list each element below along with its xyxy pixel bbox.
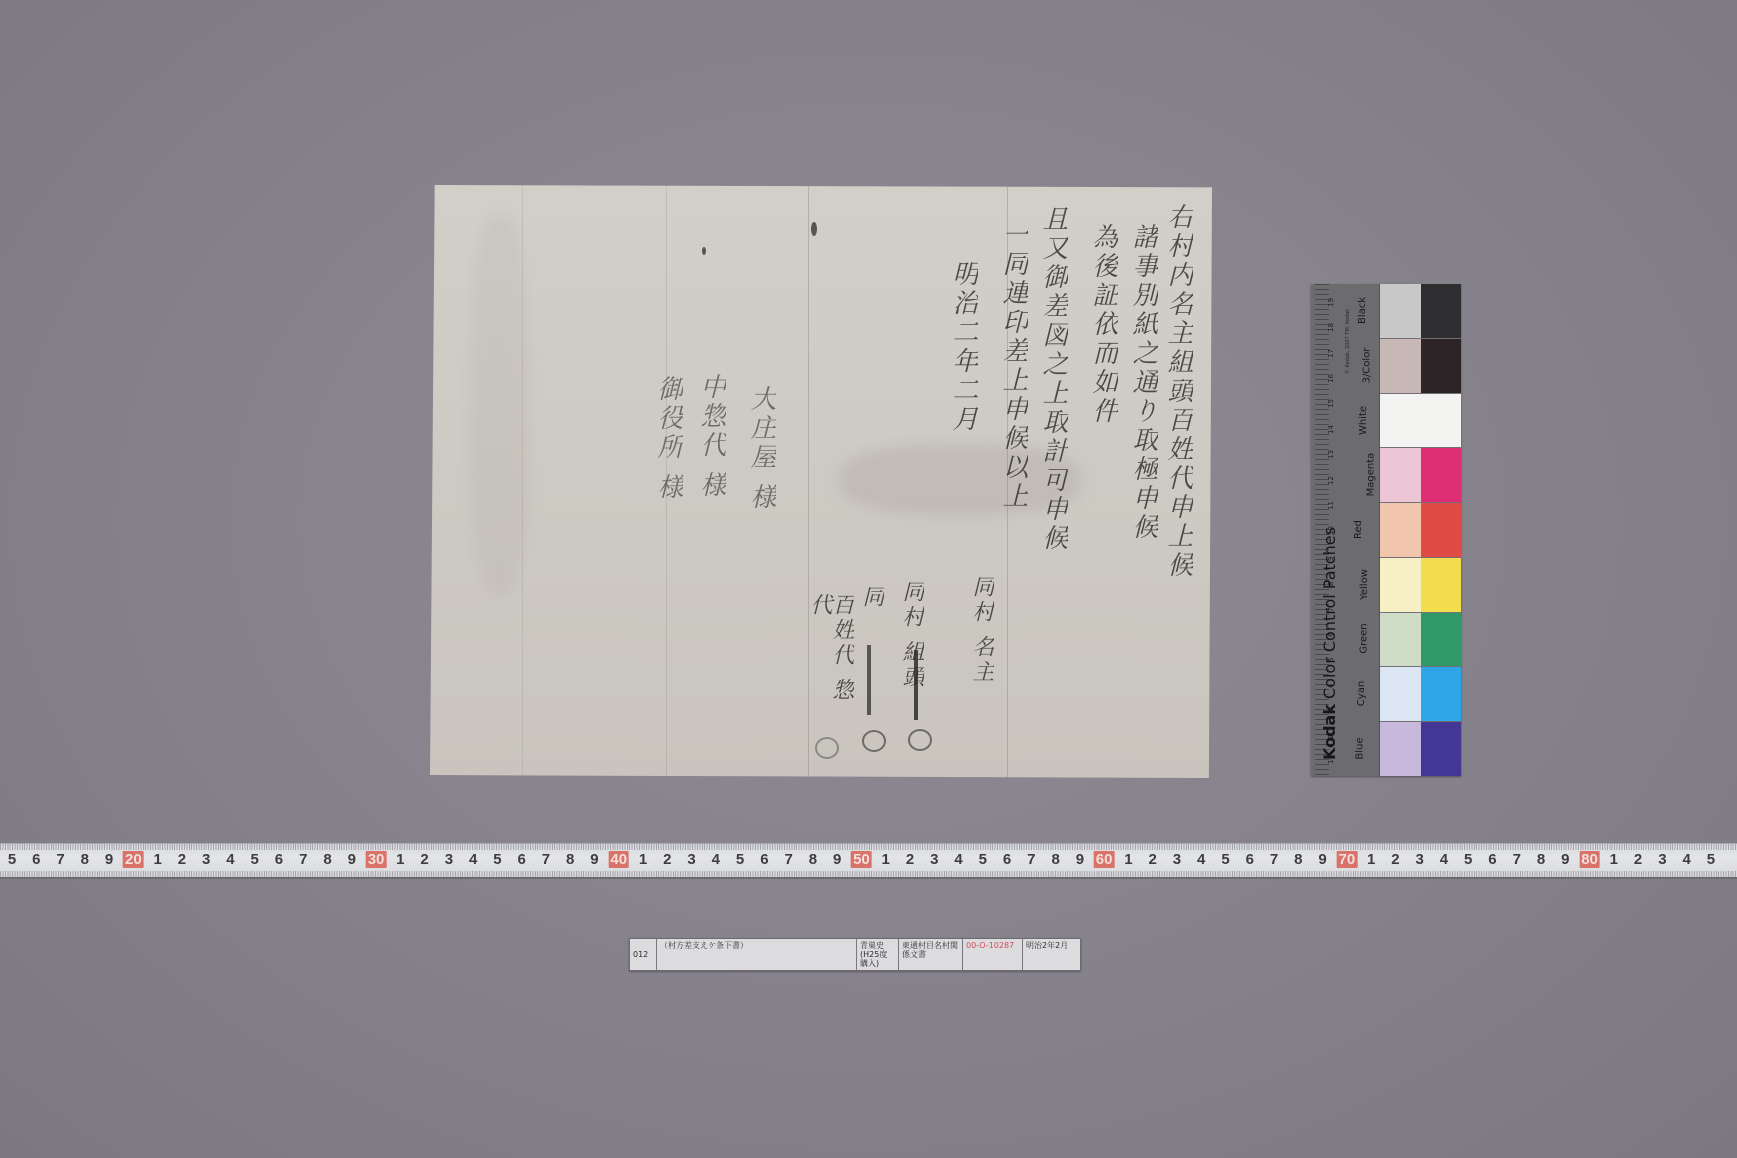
tape-mark: 3 xyxy=(1415,851,1423,868)
tape-mark: 6 xyxy=(1003,851,1011,868)
patch-light xyxy=(1380,722,1421,776)
tape-mark: 5 xyxy=(979,851,987,868)
patch-label: Magenta xyxy=(1365,453,1376,497)
catalog-date: 明治2年2月 xyxy=(1023,939,1080,970)
tape-mark: 1 xyxy=(639,851,647,868)
tape-ticks xyxy=(0,844,1737,850)
tape-mark: 7 xyxy=(1513,851,1521,868)
tape-mark: 2 xyxy=(1149,851,1157,868)
patch-light xyxy=(1380,284,1421,338)
patch-label: Green xyxy=(1359,624,1370,654)
tape-mark: 7 xyxy=(1027,851,1035,868)
patch-label: Red xyxy=(1353,520,1364,539)
tape-major-mark: 20 xyxy=(123,851,144,868)
tape-mark: 5 xyxy=(1221,851,1229,868)
ruler-number: 16 xyxy=(1327,374,1335,383)
tape-mark: 6 xyxy=(1488,851,1496,868)
worm-hole xyxy=(811,222,817,236)
signatory: 百姓代 惣代 xyxy=(808,593,852,723)
tape-mark: 1 xyxy=(882,851,890,868)
tape-mark: 4 xyxy=(1440,851,1448,868)
patch-dark xyxy=(1421,503,1462,557)
patch-row-blue xyxy=(1380,722,1461,776)
signatory: 同村 組頭 xyxy=(900,580,922,710)
seal-mark xyxy=(908,729,932,751)
patch-dark xyxy=(1421,667,1462,721)
kodak-copyright: © Kodak, 2007 TM: Kodak xyxy=(1345,309,1351,374)
patch-label: Yellow xyxy=(1359,569,1370,600)
tape-mark: 4 xyxy=(954,851,962,868)
text-column: 且又御差図之上取計可申候 xyxy=(1040,205,1066,675)
tape-major-mark: 60 xyxy=(1094,851,1115,868)
worm-hole xyxy=(702,247,706,255)
tape-mark: 3 xyxy=(687,851,695,868)
tape-mark: 1 xyxy=(1610,851,1618,868)
tape-mark: 2 xyxy=(906,851,914,868)
ruler-number: 18 xyxy=(1327,323,1335,332)
tape-mark: 6 xyxy=(275,851,283,868)
tape-mark: 9 xyxy=(105,851,113,868)
patch-dark xyxy=(1421,284,1462,338)
catalog-title: （村方差支えケ条下書） xyxy=(657,939,857,970)
tape-mark: 5 xyxy=(1464,851,1472,868)
tape-mark: 4 xyxy=(1682,851,1690,868)
tape-mark: 2 xyxy=(420,851,428,868)
patch-dark xyxy=(1421,558,1462,612)
seal-mark xyxy=(862,730,886,752)
patch-row-yellow xyxy=(1380,558,1461,613)
tape-mark: 1 xyxy=(396,851,404,868)
patch-light xyxy=(1380,558,1421,612)
tape-mark: 4 xyxy=(712,851,720,868)
addressee: 御役所 様 xyxy=(655,375,681,585)
tape-mark: 6 xyxy=(32,851,40,868)
tape-mark: 8 xyxy=(809,851,817,868)
catalog-collection: 東通村目名村関係文書 xyxy=(899,939,963,970)
patch-dark xyxy=(1421,339,1462,393)
patch-light xyxy=(1380,667,1421,721)
tape-mark: 5 xyxy=(493,851,501,868)
tape-mark: 2 xyxy=(178,851,186,868)
tape-mark: 7 xyxy=(56,851,64,868)
tape-mark: 2 xyxy=(1634,851,1642,868)
manuscript-sheet: 右村内名主組頭百姓代申上候 諸事別紙之通り取極申候 為後証依而如件 且又御差図之… xyxy=(430,185,1212,778)
tape-mark: 7 xyxy=(299,851,307,868)
tape-ticks xyxy=(0,871,1737,877)
tape-mark: 9 xyxy=(348,851,356,868)
signature-stroke xyxy=(914,650,918,720)
patch-label: Cyan xyxy=(1356,681,1367,706)
tape-mark: 9 xyxy=(590,851,598,868)
ruler-number: 17 xyxy=(1327,349,1335,358)
kodak-color-control-patches: 12345678910111213141516171819 © Kodak, 2… xyxy=(1311,284,1461,776)
seal-mark xyxy=(815,737,839,759)
tape-mark: 5 xyxy=(251,851,259,868)
tape-mark: 9 xyxy=(1561,851,1569,868)
tape-mark: 4 xyxy=(226,851,234,868)
patch-label: Blue xyxy=(1355,737,1366,759)
catalog-source: 青巣史(H25度購入) xyxy=(857,939,899,970)
tape-mark: 6 xyxy=(517,851,525,868)
ruler-number: 19 xyxy=(1327,298,1335,307)
ruler-number: 1 xyxy=(1327,760,1335,764)
kodak-ruler: 12345678910111213141516171819 © Kodak, 2… xyxy=(1311,284,1380,776)
patch-labels: Black3/ColorWhiteMagentaRedYellowGreenCy… xyxy=(1359,284,1377,776)
ruler-number: 14 xyxy=(1327,425,1335,434)
tape-mark: 7 xyxy=(784,851,792,868)
tape-major-mark: 80 xyxy=(1579,851,1600,868)
signature-stroke xyxy=(867,645,871,715)
tape-mark: 1 xyxy=(1367,851,1375,868)
addressee: 中惣代 様 xyxy=(698,373,724,583)
tape-mark: 4 xyxy=(469,851,477,868)
tape-mark: 8 xyxy=(323,851,331,868)
tape-mark: 3 xyxy=(1173,851,1181,868)
patch-grid xyxy=(1380,284,1461,776)
tape-major-mark: 40 xyxy=(608,851,629,868)
tape-mark: 8 xyxy=(81,851,89,868)
tape-mark: 8 xyxy=(1051,851,1059,868)
patch-light xyxy=(1380,613,1421,667)
patch-light xyxy=(1380,448,1421,502)
patch-dark xyxy=(1421,613,1462,667)
text-column: 諸事別紙之通り取極申候 xyxy=(1130,223,1156,693)
patch-label: 3/Color xyxy=(1361,348,1372,384)
patch-label: Black xyxy=(1357,297,1368,324)
patch-light xyxy=(1380,503,1421,557)
tape-mark: 7 xyxy=(1270,851,1278,868)
ruler-number: 11 xyxy=(1327,501,1335,510)
tape-mark: 8 xyxy=(566,851,574,868)
patch-row-green xyxy=(1380,613,1461,668)
tape-mark: 5 xyxy=(736,851,744,868)
tape-mark: 5 xyxy=(8,851,16,868)
patch-row-red xyxy=(1380,503,1461,558)
ruler-number: 12 xyxy=(1327,476,1335,485)
text-column: 為後証依而如件 xyxy=(1090,223,1116,673)
ruler-number: 15 xyxy=(1327,399,1335,408)
ruler-number: 13 xyxy=(1327,450,1335,459)
tape-mark: 7 xyxy=(542,851,550,868)
kodak-brand: Kodak xyxy=(1320,704,1339,760)
patch-row-3-color xyxy=(1380,339,1461,394)
signatory: 同村 名主 xyxy=(970,575,992,715)
patch-label: White xyxy=(1358,406,1369,435)
tape-mark: 5 xyxy=(1707,851,1715,868)
patch-row-magenta xyxy=(1380,448,1461,503)
signatory: 同 xyxy=(860,585,882,635)
text-column: 一同連印差上申候以上 xyxy=(1000,221,1026,681)
tape-mark: 2 xyxy=(663,851,671,868)
tape-measure: 5678920123456789301234567894012345678950… xyxy=(0,843,1737,879)
tape-mark: 3 xyxy=(445,851,453,868)
date-column: 明治二年二月 xyxy=(950,260,976,500)
tape-mark: 3 xyxy=(202,851,210,868)
tape-mark: 6 xyxy=(1246,851,1254,868)
tape-mark: 1 xyxy=(1124,851,1132,868)
tape-mark: 3 xyxy=(1658,851,1666,868)
addressee: 大庄屋 様 xyxy=(748,385,774,585)
patch-light xyxy=(1380,394,1421,448)
kodak-chart-title: Color Control Patches xyxy=(1320,527,1339,699)
patch-row-black xyxy=(1380,284,1461,339)
tape-mark: 3 xyxy=(930,851,938,868)
tape-mark: 9 xyxy=(1076,851,1084,868)
patch-dark xyxy=(1421,722,1462,776)
tape-mark: 1 xyxy=(153,851,161,868)
tape-major-mark: 30 xyxy=(366,851,387,868)
catalog-number: 012 xyxy=(630,939,657,970)
tape-mark: 4 xyxy=(1197,851,1205,868)
patch-dark xyxy=(1421,448,1462,502)
catalog-label: 012 （村方差支えケ条下書） 青巣史(H25度購入) 東通村目名村関係文書 0… xyxy=(629,938,1081,971)
tape-mark: 8 xyxy=(1537,851,1545,868)
patch-row-white xyxy=(1380,394,1461,449)
tape-mark: 9 xyxy=(833,851,841,868)
patch-dark xyxy=(1421,394,1462,448)
tape-mark: 9 xyxy=(1318,851,1326,868)
tape-mark: 2 xyxy=(1391,851,1399,868)
patch-light xyxy=(1380,339,1421,393)
patch-row-cyan xyxy=(1380,667,1461,722)
tape-major-mark: 70 xyxy=(1337,851,1358,868)
text-column: 右村内名主組頭百姓代申上候 xyxy=(1165,203,1191,673)
tape-mark: 8 xyxy=(1294,851,1302,868)
catalog-id: 00-O-10287 xyxy=(963,939,1023,970)
tape-major-mark: 50 xyxy=(851,851,872,868)
tape-mark: 6 xyxy=(760,851,768,868)
paper-stain xyxy=(470,215,530,595)
